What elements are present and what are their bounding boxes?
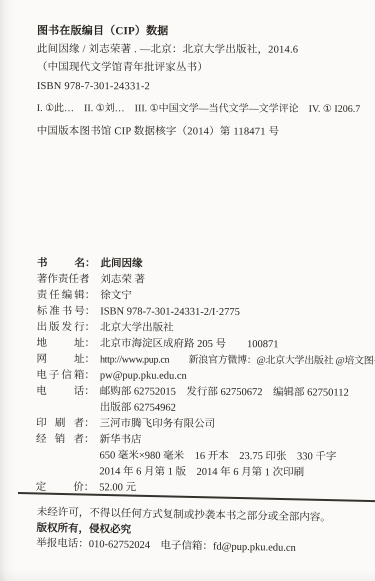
cip-isbn-line: ISBN 978-7-301-24331-2 — [37, 77, 365, 96]
colophon-row-label: 标准书号 — [37, 304, 85, 320]
cip-block: 图书在版编目（CIP）数据 此间因缘 / 刘志荣著 . —北京：北京大学出版社，… — [37, 22, 365, 142]
colophon-row-title: 书名：此间因缘 — [37, 256, 375, 274]
cip-record-line: 中国版本图书馆 CIP 数据核字（2014）第 118471 号 — [37, 123, 365, 142]
colophon-row-label: 著作责任者 — [37, 272, 85, 288]
cip-series-line: （中国现代文学馆青年批评家丛书） — [37, 59, 365, 78]
cip-classification-line: I. ①此… II. ①刘… III. ①中国文学—当代文学—文学评论 IV. … — [37, 100, 365, 119]
colophon-row-edition: ：2014 年 6 月第 1 版 2014 年 6 月第 1 次印刷 — [36, 464, 374, 482]
colophon-row-label: 网址 — [36, 352, 84, 368]
colophon-row-label: 印刷者 — [36, 416, 84, 432]
colophon-row-value: 新华书店 — [99, 432, 141, 448]
colophon-block: 书名：此间因缘 著作责任者：刘志荣 著 责任编辑：徐文宁 标准书号：ISBN 9… — [36, 256, 375, 498]
colophon-colon: ： — [85, 320, 96, 336]
colophon-row-author: 著作责任者：刘志荣 著 — [37, 272, 375, 290]
cip-heading: 图书在版编目（CIP）数据 — [37, 22, 365, 41]
colophon-row-label: 地址 — [36, 336, 84, 352]
colophon-row-editor: 责任编辑：徐文宁 — [37, 288, 375, 306]
book-copyright-page: 图书在版编目（CIP）数据 此间因缘 / 刘志荣著 . —北京：北京大学出版社，… — [0, 0, 375, 581]
colophon-row-value: pw@pup.pku.edu.cn — [100, 368, 187, 384]
colophon-row-value: 650 毫米×980 毫米 16 开本 23.75 印张 330 千字 — [99, 448, 336, 465]
colophon-row-label — [36, 464, 84, 480]
colophon-row-format: ：650 毫米×980 毫米 16 开本 23.75 印张 330 千字 — [36, 448, 374, 466]
colophon-row-printer: 印刷者：三河市腾飞印务有限公司 — [36, 416, 374, 434]
colophon-row-publisher: 出版发行：北京大学出版社 — [37, 320, 375, 338]
colophon-row-label — [36, 448, 84, 464]
colophon-row-distributor: 经销者：新华书店 — [36, 432, 374, 450]
colophon-colon: ： — [84, 336, 95, 352]
colophon-row-value: 北京市海淀区成府路 205 号 100871 — [100, 336, 279, 353]
copyright-notice-block: 未经许可，不得以任何方式复制或抄袭本书之部分或全部内容。 版权所有，侵权必究 举… — [36, 505, 369, 558]
colophon-colon: ： — [84, 384, 95, 400]
colophon-row-label: 经销者 — [36, 432, 84, 448]
colophon-row-value: 此间因缘 — [100, 256, 142, 272]
colophon-row-value: 刘志荣 著 — [100, 272, 145, 288]
colophon-colon: ： — [85, 272, 96, 288]
colophon-row-phone-cont: ：出版部 62754962 — [36, 400, 374, 418]
colophon-row-label: 责任编辑 — [37, 288, 85, 304]
colophon-row-value: 出版部 62754962 — [100, 400, 176, 416]
colophon-row-value: ISBN 978-7-301-24331-2/I·2775 — [100, 304, 240, 321]
colophon-row-label: 电子信箱 — [36, 368, 84, 384]
colophon-row-value: http://www.pup.cn 新浪官方微博：@北京大学出版社 @培文图书 — [100, 352, 375, 369]
colophon-colon: ： — [85, 304, 96, 320]
colophon-row-value: 2014 年 6 月第 1 版 2014 年 6 月第 1 次印刷 — [99, 464, 304, 481]
colophon-colon: ： — [85, 288, 96, 304]
colophon-colon: ： — [84, 432, 95, 448]
colophon-row-label: 书名 — [37, 256, 85, 272]
colophon-row-phone: 电话：邮购部 62752015 发行部 62750672 编辑部 6275011… — [36, 384, 374, 402]
colophon-row-email: 电子信箱：pw@pup.pku.edu.cn — [36, 368, 374, 386]
cip-title-line: 此间因缘 / 刘志荣著 . —北京：北京大学出版社，2014.6 — [37, 40, 365, 59]
colophon-row-website: 网址：http://www.pup.cn 新浪官方微博：@北京大学出版社 @培文… — [36, 352, 374, 370]
colophon-row-value: 北京大学出版社 — [100, 320, 174, 336]
colophon-row-label: 电话 — [36, 384, 84, 400]
colophon-row-label: 出版发行 — [37, 320, 85, 336]
colophon-row-label — [36, 400, 84, 416]
colophon-row-address: 地址：北京市海淀区成府路 205 号 100871 — [36, 336, 374, 354]
colophon-colon: ： — [84, 352, 95, 368]
colophon-row-value: 邮购部 62752015 发行部 62750672 编辑部 62750112 — [100, 384, 349, 401]
colophon-row-isbn: 标准书号：ISBN 978-7-301-24331-2/I·2775 — [37, 304, 375, 322]
colophon-colon: ： — [84, 416, 95, 432]
colophon-colon: ： — [84, 368, 95, 384]
colophon-row-value: 徐文宁 — [100, 288, 132, 304]
colophon-row-value: 三河市腾飞印务有限公司 — [100, 416, 216, 433]
colophon-colon: ： — [85, 256, 96, 272]
